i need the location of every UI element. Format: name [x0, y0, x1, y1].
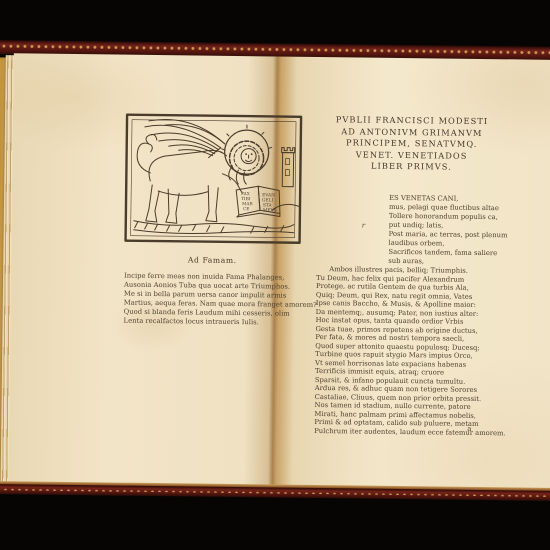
title-line: PRINCIPEM, SENATVMQ. [321, 137, 503, 151]
right-page-poem: r ES VENETAS CANI, mus, pelagi quae fluc… [314, 193, 509, 437]
woodcut-illustration: PAX TIBI MAR CE EVAN GELI STA MEVS [124, 113, 304, 245]
page-block: PAX TIBI MAR CE EVAN GELI STA MEVS Ad Fa… [0, 53, 550, 494]
poem-line: Pulchrum iter audentes, laudum ecce fate… [314, 426, 506, 437]
photograph-of-open-book: PAX TIBI MAR CE EVAN GELI STA MEVS Ad Fa… [0, 0, 550, 550]
left-page-heading: Ad Famam. [123, 255, 301, 266]
left-page-verse: Incipe ferre meas non inuida Fama Phalan… [124, 272, 318, 328]
banner-word: CE [243, 207, 249, 212]
page-spread: PAX TIBI MAR CE EVAN GELI STA MEVS Ad Fa… [9, 53, 550, 494]
title-line: LIBER PRIMVS. [320, 160, 502, 174]
initial-guide-letter: r [362, 222, 365, 231]
banner-word: MEVS [263, 208, 277, 213]
signature-mark: a [467, 425, 471, 433]
right-page-title: PVBLII FRANCISCI MODESTI AD ANTONIVM GRI… [320, 114, 503, 174]
book-spread: PAX TIBI MAR CE EVAN GELI STA MEVS Ad Fa… [0, 40, 550, 499]
lion-of-st-mark-woodcut: PAX TIBI MAR CE EVAN GELI STA MEVS [124, 113, 304, 245]
